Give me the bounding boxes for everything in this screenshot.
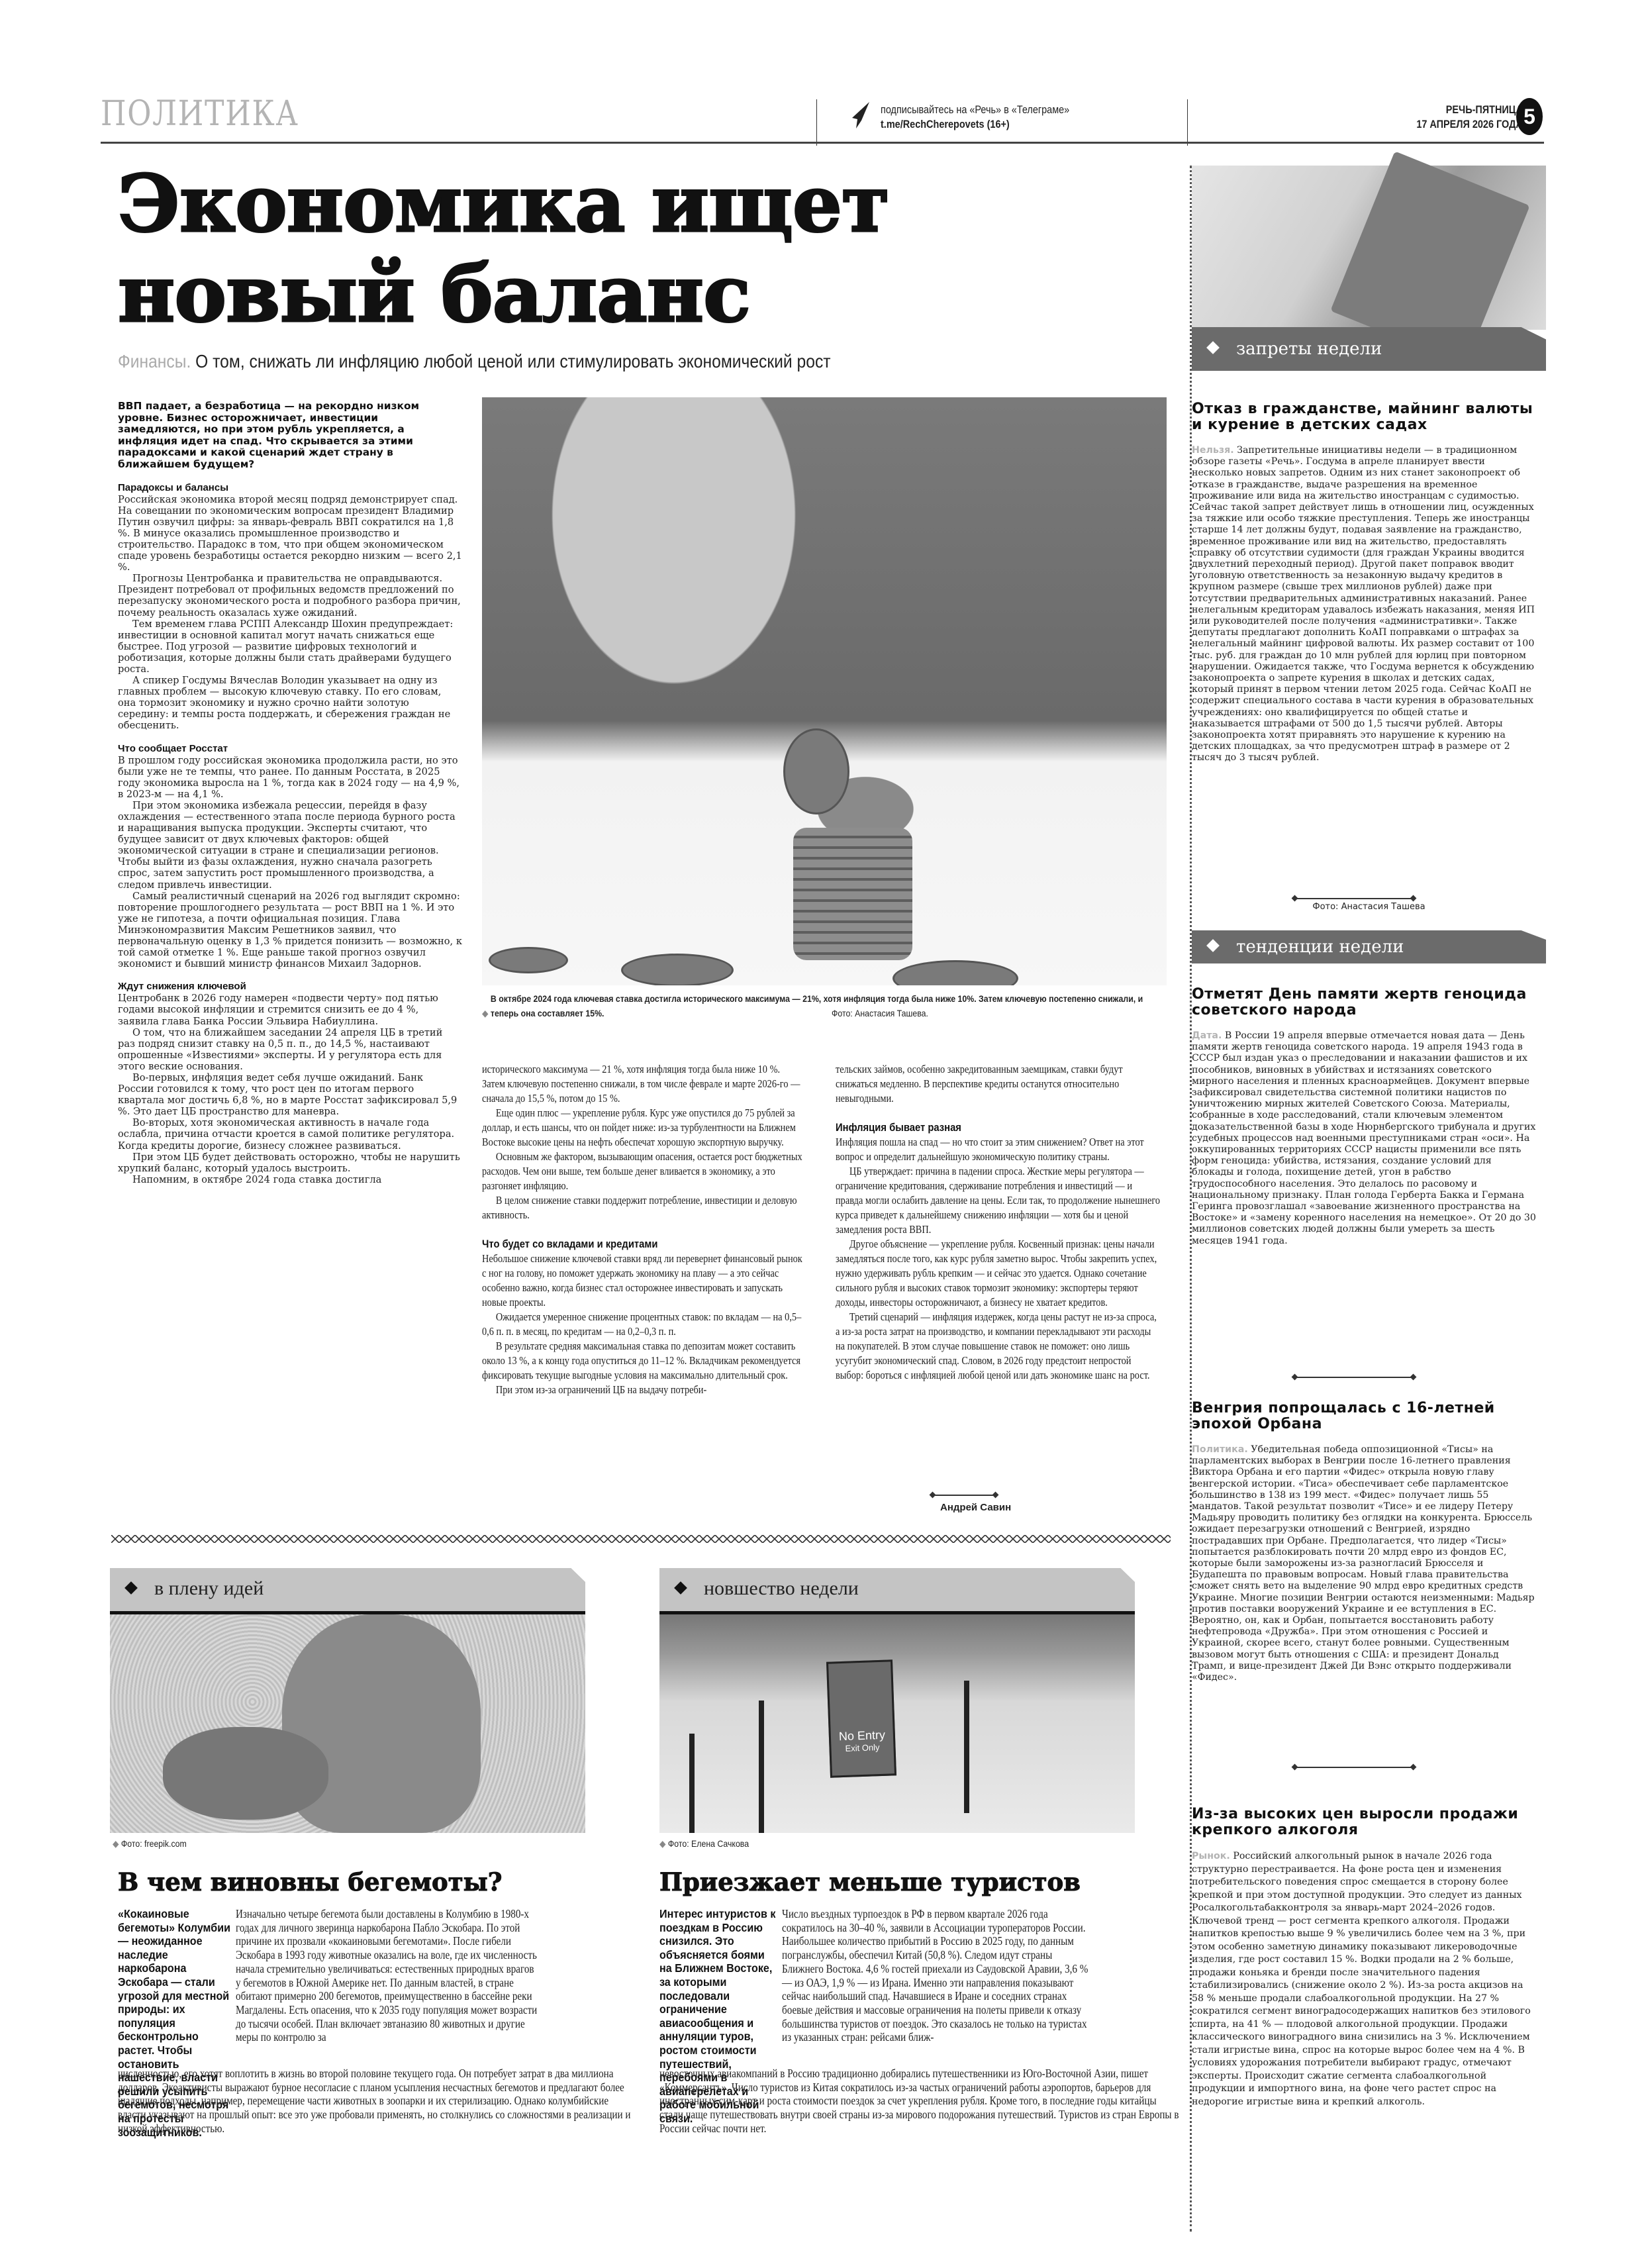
sidebar-item-text: В России 19 апреля впервые отмечается но… (1192, 1030, 1536, 1246)
column-1-body: Парадоксы и балансыРоссийская экономика … (118, 482, 462, 1185)
diamond-icon: ◆ (113, 1838, 119, 1849)
section-bar-trends: тенденции недели (1192, 930, 1546, 963)
queue-post (689, 1734, 695, 1833)
main-photo-coins (482, 397, 1167, 985)
paragraph: ЦБ утверждает: причина в падении спроса.… (836, 1164, 1161, 1237)
hippo-article-body: численностью, его хотят воплотить в жизн… (118, 2067, 636, 2136)
subheading: Парадоксы и балансы (118, 482, 462, 494)
subheading: Что сообщает Росстат (118, 743, 462, 755)
photo-credit: Фото: Анастасия Ташева. (832, 1006, 928, 1020)
sidebar-item-body: Дата. В России 19 апреля впервые отмечае… (1192, 1030, 1536, 1247)
main-headline: Экономика ищет новый баланс (118, 159, 1045, 339)
paragraph: Напомним, в октябре 2024 года ставка дос… (118, 1174, 462, 1185)
no-entry-sign: No Entry Exit Only (826, 1659, 896, 1777)
sidebar-item-title: Венгрия попрощалась с 16-летней эпохой О… (1192, 1401, 1536, 1432)
kicker: Рынок. (1192, 1851, 1230, 1861)
article-dek: Финансы. О том, снижать ли инфляцию любо… (118, 351, 831, 372)
coin (783, 728, 849, 814)
column-3-body: тельских займов, особенно закредитованны… (836, 1062, 1161, 1383)
paragraph: Небольшое снижение ключевой ставки вряд … (482, 1252, 804, 1310)
telegram-promo[interactable]: подписывайтесь на «Речь» в «Телеграме» t… (881, 103, 1069, 132)
zigzag-divider (111, 1535, 1171, 1543)
airport-photo: No Entry Exit Only (659, 1614, 1135, 1833)
dek-kicker: Финансы. (118, 351, 191, 371)
paragraph: Основным же фактором, вызывающим опасени… (482, 1150, 804, 1193)
coin (893, 960, 1018, 985)
page-number-badge: 5 (1516, 98, 1543, 135)
tourists-article-body-side: Число въездных турпоездок в РФ в первом … (782, 1907, 1090, 2044)
kicker: Политика. (1192, 1444, 1248, 1455)
hippo-article-title: В чем виновны бегемоты? (118, 1867, 502, 1897)
coin (621, 954, 734, 985)
section-bar-bans: запреты недели (1192, 327, 1546, 371)
paragraph: При этом ЦБ будет действовать осторожно,… (118, 1152, 462, 1174)
column-2-body: исторического максимума — 21 %, хотя инф… (482, 1062, 804, 1397)
ornament-divider (1294, 1377, 1414, 1378)
kicker: Дата. (1192, 1030, 1222, 1041)
hippo-article-body-side: Изначально четыре бегемота были доставле… (236, 1907, 538, 2044)
issue-name: РЕЧЬ-ПЯТНИЦА (1417, 103, 1523, 117)
coin-stack (793, 828, 912, 960)
sidebar-item-hungary: Венгрия попрощалась с 16-летней эпохой О… (1192, 1401, 1536, 1683)
headline-line-1: Экономика ищет (118, 159, 1045, 249)
hippo-photo-caption: ◆ Фото: freepik.com (113, 1836, 187, 1851)
paragraph: Другое объяснение — укрепление рубля. Ко… (836, 1237, 1161, 1310)
sign-text: No Entry (831, 1728, 894, 1744)
article-column-1: ВВП падает, а безработица — на рекордно … (118, 401, 462, 1185)
subheading: Что будет со вкладами и кредитами (482, 1237, 804, 1252)
paragraph: Третий сценарий — инфляция издержек, ког… (836, 1310, 1161, 1383)
sidebar-item-text: Российский алкогольный рынок в начале 20… (1192, 1851, 1531, 2107)
diamond-icon (1206, 939, 1220, 952)
section-label: новшество недели (704, 1577, 859, 1599)
article-column-3: тельских займов, особенно закредитованны… (836, 1062, 1161, 1383)
subheading: Ждут снижения ключевой (118, 981, 462, 993)
kicker: Нельзя. (1192, 445, 1234, 456)
sidebar-item-title: Отказ в гражданстве, майнинг валюты и ку… (1192, 401, 1536, 433)
ornament-divider (1294, 1767, 1414, 1768)
paragraph: исторического максимума — 21 %, хотя инф… (482, 1062, 804, 1106)
queue-post (964, 1681, 969, 1813)
issue-info: РЕЧЬ-ПЯТНИЦА 17 АПРЕЛЯ 2026 ГОДА (1417, 103, 1523, 132)
hippo-baby (163, 1727, 328, 1820)
paragraph: Инфляция пошла на спад — но что стоит за… (836, 1135, 1161, 1164)
sidebar-item-body: Нельзя. Запретительные инициативы недели… (1192, 445, 1536, 764)
section-label: запреты недели (1236, 339, 1382, 359)
diamond-icon (674, 1581, 687, 1595)
ornament-divider (1294, 898, 1414, 899)
sidebar-item-body: Политика. Убедительная победа оппозицион… (1192, 1444, 1536, 1683)
sidebar-item-text: Запретительные инициативы недели — в тра… (1192, 445, 1535, 763)
paragraph: тельских займов, особенно закредитованны… (836, 1062, 1161, 1106)
issue-date: 17 АПРЕЛЯ 2026 ГОДА (1417, 117, 1523, 132)
sidebar-item-body: Рынок. Российский алкогольный рынок в на… (1192, 1850, 1536, 2108)
section-rubric: ПОЛИТИКА (101, 94, 299, 134)
author-byline: Андрей Савин (940, 1502, 1011, 1513)
paragraph: Российская экономика второй месяц подряд… (118, 494, 462, 573)
main-photo-caption: ◆ В октябре 2024 года ключевая ставка до… (482, 991, 1167, 1020)
paragraph: В прошлом году российская экономика прод… (118, 755, 462, 800)
coin (489, 947, 568, 973)
telegram-promo-text: подписывайтесь на «Речь» в «Телеграме» (881, 103, 1069, 117)
caption-text: В октябре 2024 года ключевая ставка дост… (491, 991, 1167, 1020)
passport-photo (1192, 166, 1546, 330)
diamond-icon (1206, 341, 1220, 354)
section-bar-ideas: в плену идей (110, 1568, 585, 1614)
section-label: в плену идей (154, 1577, 264, 1599)
hippo-photo (110, 1614, 585, 1833)
paragraph: Самый реалистичный сценарий на 2026 год … (118, 891, 462, 970)
telegram-icon (851, 101, 871, 130)
paragraph: В целом снижение ставки поддержит потреб… (482, 1193, 804, 1222)
photo-credit: Фото: freepik.com (121, 1838, 187, 1849)
paragraph: Прогнозы Центробанка и правительства не … (118, 573, 462, 618)
paragraph: Во-первых, инфляция ведет себя лучше ожи… (118, 1072, 462, 1117)
section-bar-novelty: новшество недели (659, 1568, 1135, 1614)
header-divider (1187, 99, 1188, 146)
paragraph: Центробанк в 2026 году намерен «подвести… (118, 993, 462, 1026)
paragraph: О том, что на ближайшем заседании 24 апр… (118, 1027, 462, 1072)
tourists-article-body: невосточных авиакомпаний в Россию традиц… (659, 2067, 1181, 2136)
photo-credit: Фото: Елена Сачкова (668, 1838, 749, 1849)
paragraph: Ожидается умеренное снижение процентных … (482, 1310, 804, 1339)
header-rule (101, 142, 1544, 144)
paragraph: При этом из-за ограничений ЦБ на выдачу … (482, 1383, 804, 1397)
paragraph: А спикер Госдумы Вячеслав Володин указыв… (118, 675, 462, 731)
dek-text: О том, снижать ли инфляцию любой ценой и… (195, 351, 830, 371)
sidebar-item-title: Отметят День памяти жертв геноцида совет… (1192, 987, 1536, 1018)
telegram-link[interactable]: t.me/RechCherepovets (16+) (881, 117, 1069, 132)
photo-credit: Фото: Анастасия Ташева (1192, 902, 1546, 912)
section-label: тенденции недели (1236, 937, 1404, 957)
sidebar-item-alcohol: Из-за высоких цен выросли продажи крепко… (1192, 1806, 1536, 2108)
airport-photo-caption: ◆ Фото: Елена Сачкова (659, 1836, 749, 1851)
sidebar-item-text: Убедительная победа оппозиционной «Тисы»… (1192, 1444, 1535, 1683)
sidebar-item-genocide: Отметят День памяти жертв геноцида совет… (1192, 987, 1536, 1247)
article-column-2: исторического максимума — 21 %, хотя инф… (482, 1062, 804, 1397)
article-lead: ВВП падает, а безработица — на рекордно … (118, 401, 462, 471)
diamond-icon: ◆ (659, 1838, 665, 1849)
paragraph: Во-вторых, хотя экономическая активность… (118, 1117, 462, 1151)
author-ornament (932, 1495, 996, 1496)
sidebar-item-bans: Отказ в гражданстве, майнинг валюты и ку… (1192, 401, 1536, 764)
diamond-icon (124, 1581, 138, 1595)
paragraph: Тем временем глава РСПП Александр Шохин … (118, 618, 462, 675)
diamond-icon: ◆ (482, 1008, 488, 1018)
headline-line-2: новый баланс (118, 249, 1045, 339)
paragraph: При этом экономика избежала рецессии, пе… (118, 800, 462, 891)
queue-post (759, 1701, 764, 1833)
sidebar-item-title: Из-за высоких цен выросли продажи крепко… (1192, 1806, 1536, 1838)
tourists-article-title: Приезжает меньше туристов (659, 1867, 1081, 1897)
paragraph: В результате средняя максимальная ставка… (482, 1339, 804, 1383)
paragraph: Еще один плюс — укрепление рубля. Курс у… (482, 1106, 804, 1150)
header-divider (816, 99, 817, 146)
subheading: Инфляция бывает разная (836, 1120, 1161, 1135)
